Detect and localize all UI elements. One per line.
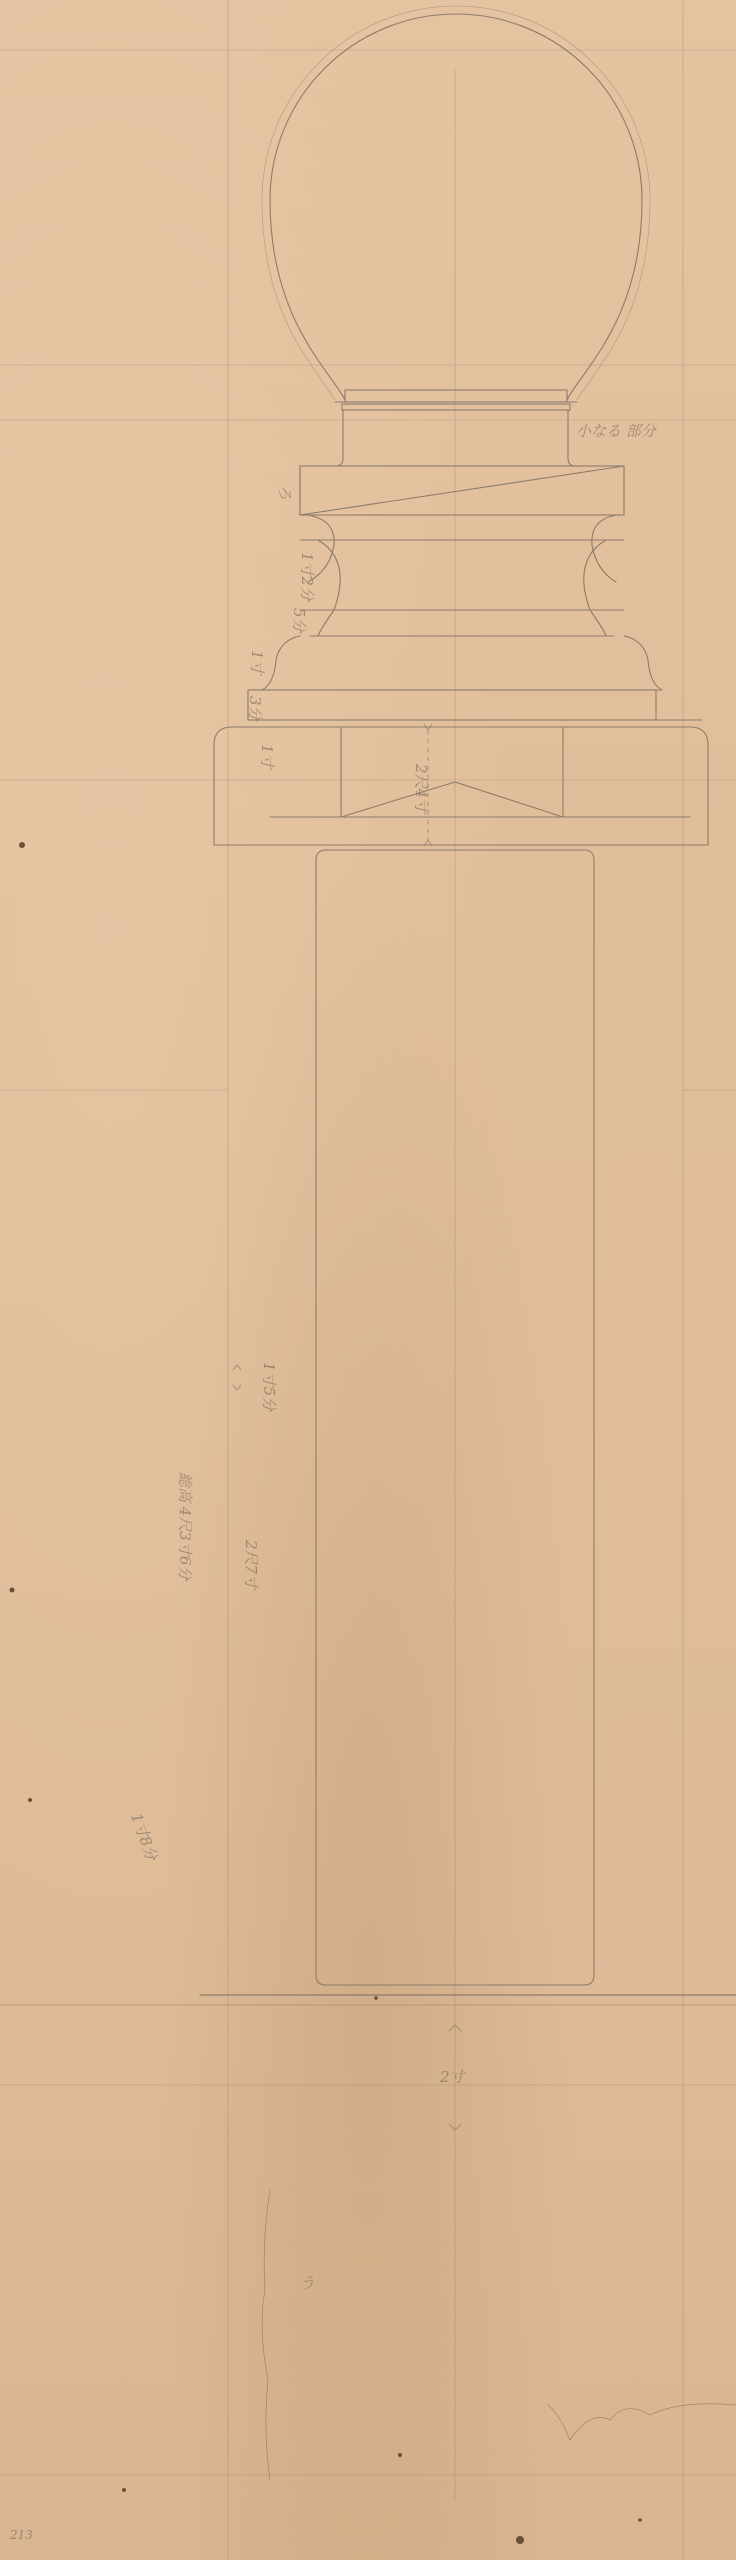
finial-collar [335,390,577,466]
pier-elevation-drawing [0,0,736,2560]
paper-cracks [262,2190,736,2480]
drawing-sheet: 小なる 部分 ろ 1寸2分 5分 1寸 3分 1寸 2尺4寸 1寸5分 2尺7寸… [0,0,736,2560]
note-corner-mark: 213 [10,2528,33,2542]
note-cap-plinth-height: 1寸 [257,744,278,769]
pier-shaft [0,850,736,2005]
foxing-spots [10,842,642,2544]
note-shaft-offset: 1寸5分 [259,1362,280,1411]
note-cap-fillet: 3分 [245,696,266,721]
note-cap-moulding-4: 1寸 [247,650,268,675]
finial-sphere [262,6,650,400]
note-cap-width: 2尺4寸 [411,764,432,813]
construction-lines [0,0,736,2560]
note-cap-moulding-1: ろ [275,485,296,500]
dimension-marks [233,724,461,2130]
note-base-height: 2寸 [440,2066,465,2087]
pier-cap [214,466,708,845]
note-cap-moulding-3: 5分 [289,608,310,633]
note-bottom-mark: う [300,2272,315,2293]
note-finial-cap: 小なる 部分 [576,420,656,441]
note-shaft-total: 総高 4尺3寸6分 [175,1472,196,1580]
note-cap-moulding-2: 1寸2分 [297,552,318,601]
note-shaft-height: 2尺7寸 [241,1540,262,1589]
